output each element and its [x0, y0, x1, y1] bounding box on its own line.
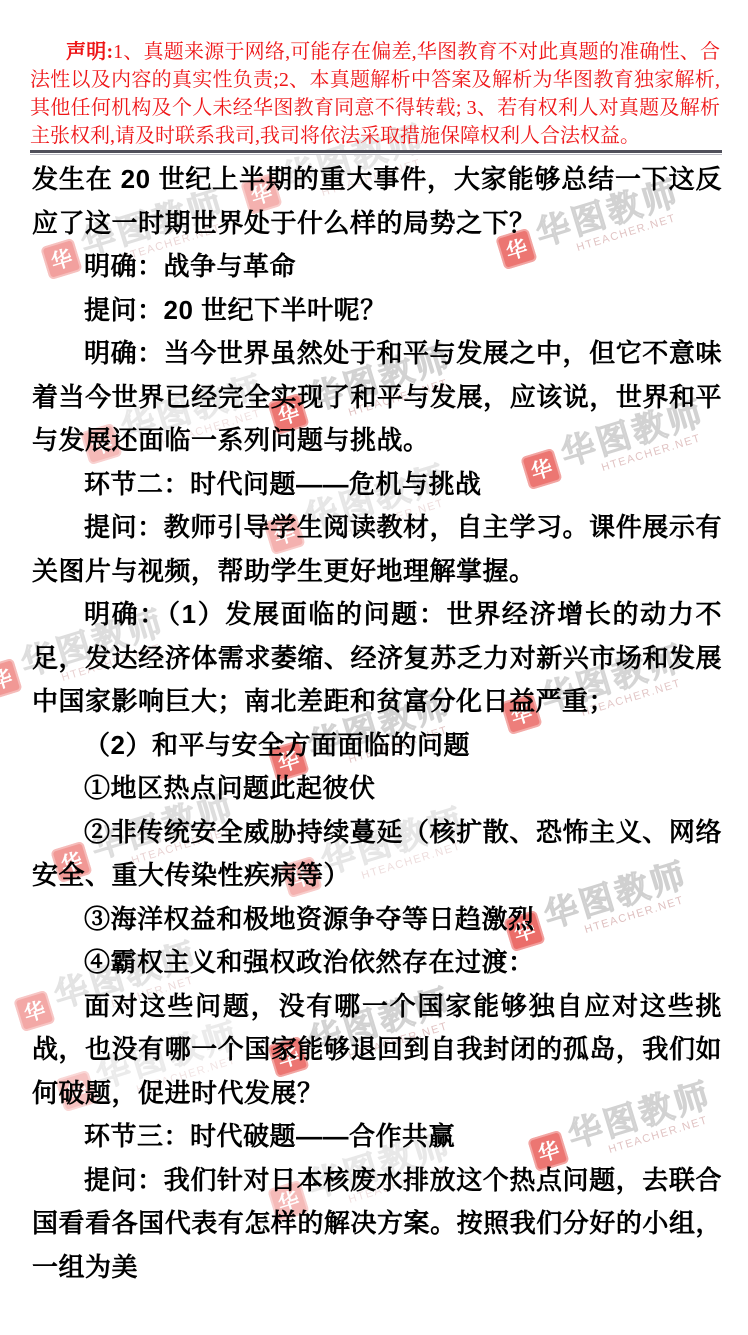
divider-rule [30, 150, 722, 155]
paragraph: 明确：（1）发展面临的问题：世界经济增长的动力不足，发达经济体需求萎缩、经济复苏… [32, 593, 722, 724]
paragraph: ①地区热点问题此起彼伏 [32, 767, 722, 811]
paragraph: ③海洋权益和极地资源争夺等日趋激烈 [32, 898, 722, 942]
paragraph: 环节二：时代问题——危机与挑战 [32, 463, 722, 507]
paragraph: 环节三：时代破题——合作共赢 [32, 1115, 722, 1159]
huatu-logo-icon: 华 [0, 657, 22, 699]
content: 发生在 20 世纪上半期的重大事件，大家能够总结一下这反应了这一时期世界处于什么… [32, 158, 722, 1289]
paragraph: 明确：战争与革命 [32, 245, 722, 289]
paragraph: 面对这些问题，没有哪一个国家能够独自应对这些挑战，也没有哪一个国家能够退回到自我… [32, 985, 722, 1116]
disclaimer: 声明:1、真题来源于网络,可能存在偏差,华图教育不对此真题的准确性、合法性以及内… [30, 38, 720, 150]
disclaimer-text: 1、真题来源于网络,可能存在偏差,华图教育不对此真题的准确性、合法性以及内容的真… [30, 41, 720, 147]
paragraph: 发生在 20 世纪上半期的重大事件，大家能够总结一下这反应了这一时期世界处于什么… [32, 158, 722, 245]
paragraph: ②非传统安全威胁持续蔓延（核扩散、恐怖主义、网络安全、重大传染性疾病等） [32, 811, 722, 898]
paragraph: 提问：教师引导学生阅读教材，自主学习。课件展示有关图片与视频，帮助学生更好地理解… [32, 506, 722, 593]
disclaimer-label: 声明: [66, 41, 113, 63]
paragraph: （2）和平与安全方面面临的问题 [32, 724, 722, 768]
paragraph: 提问：20 世纪下半叶呢？ [32, 289, 722, 333]
paragraph: ④霸权主义和强权政治依然存在过渡： [32, 941, 722, 985]
paragraph: 提问：我们针对日本核废水排放这个热点问题，去联合国看看各国代表有怎样的解决方案。… [32, 1159, 722, 1290]
document-page: 华华图教师HTEACHER.NET华华图教师HTEACHER.NET华华图教师H… [0, 0, 748, 1335]
paragraph: 明确：当今世界虽然处于和平与发展之中，但它不意味着当今世界已经完全实现了和平与发… [32, 332, 722, 463]
